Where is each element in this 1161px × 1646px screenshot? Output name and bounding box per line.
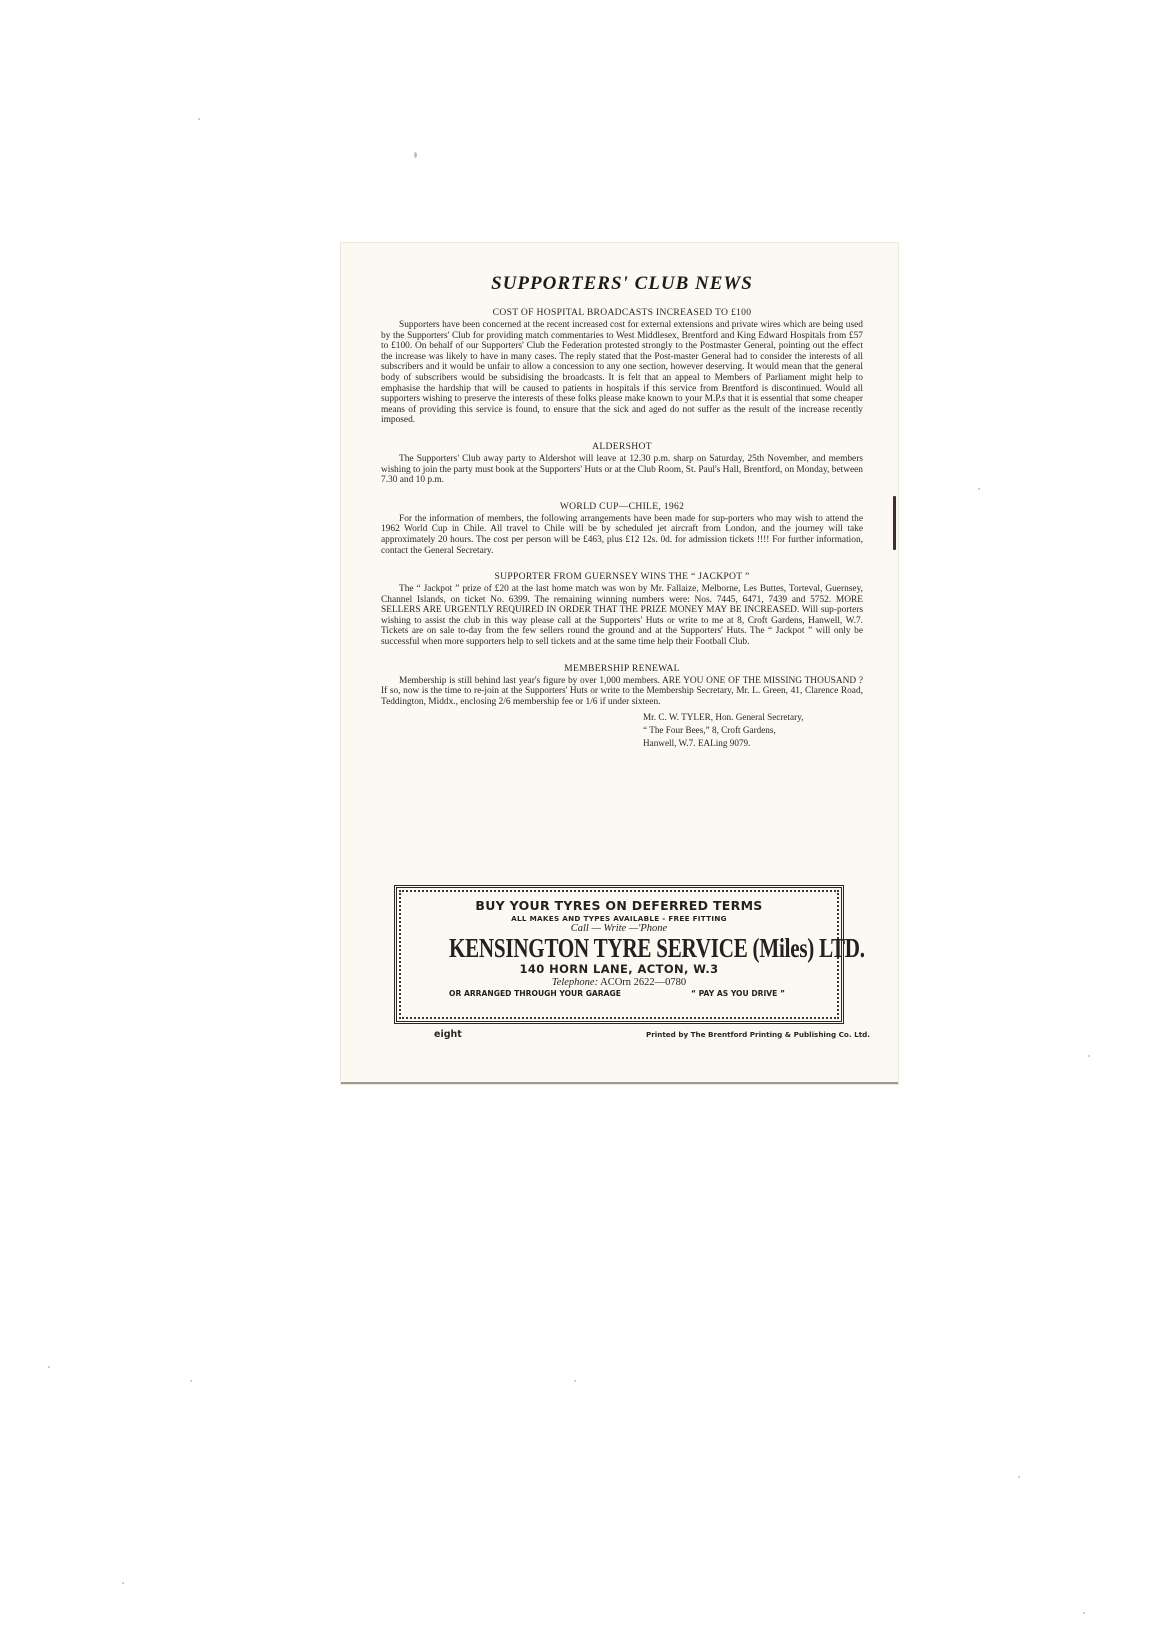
section-jackpot: SUPPORTER FROM GUERNSEY WINS THE “ JACKP… — [381, 571, 863, 648]
section-heading: COST OF HOSPITAL BROADCASTS INCREASED TO… — [381, 307, 863, 318]
scan-speck — [122, 1582, 124, 1584]
scan-speck — [1083, 1612, 1085, 1614]
page-content: SUPPORTERS' CLUB NEWS COST OF HOSPITAL B… — [381, 273, 863, 750]
page-number: eight — [434, 1029, 462, 1040]
advert-phone-label: Telephone: — [552, 977, 598, 988]
page-title: SUPPORTERS' CLUB NEWS — [381, 273, 863, 295]
advert-garage: OR ARRANGED THROUGH YOUR GARAGE — [449, 989, 621, 998]
scan-speck — [198, 118, 200, 120]
scan-speck — [190, 1380, 192, 1382]
signature-town-phone: Hanwell, W.7. EALing 9079. — [643, 737, 863, 750]
scan-speck — [414, 152, 417, 158]
signature-block: Mr. C. W. TYLER, Hon. General Secretary,… — [643, 711, 863, 750]
advert-inner-border: BUY YOUR TYRES ON DEFERRED TERMS ALL MAK… — [399, 890, 839, 1019]
scan-speck — [1088, 1055, 1090, 1057]
section-body: The “ Jackpot ” prize of £20 at the last… — [381, 584, 863, 648]
section-hospital-broadcasts: COST OF HOSPITAL BROADCASTS INCREASED TO… — [381, 307, 863, 426]
advert-bottom-line: OR ARRANGED THROUGH YOUR GARAGE “ PAY AS… — [401, 989, 837, 998]
page-footer: eight Printed by The Brentford Printing … — [434, 1029, 870, 1040]
section-body: Membership is still behind last year's f… — [381, 676, 863, 708]
advert-headline: BUY YOUR TYRES ON DEFERRED TERMS — [401, 892, 837, 913]
binding-edge — [893, 496, 896, 550]
scan-speck — [978, 488, 980, 490]
tyre-advert: BUY YOUR TYRES ON DEFERRED TERMS ALL MAK… — [394, 885, 844, 1024]
advert-phone: Telephone: ACOrn 2622—0780 — [401, 977, 837, 988]
signature-address: “ The Four Bees,” 8, Croft Gardens, — [643, 724, 863, 737]
section-heading: SUPPORTER FROM GUERNSEY WINS THE “ JACKP… — [381, 571, 863, 582]
section-body: For the information of members, the foll… — [381, 514, 863, 556]
section-body: The Supporters' Club away party to Alder… — [381, 454, 863, 486]
section-membership: MEMBERSHIP RENEWAL Membership is still b… — [381, 663, 863, 708]
section-body: Supporters have been concerned at the re… — [381, 320, 863, 426]
printer-credit: Printed by The Brentford Printing & Publ… — [646, 1030, 870, 1039]
scan-speck — [574, 1380, 576, 1382]
advert-phone-number: ACOrn 2622—0780 — [600, 977, 686, 988]
programme-page: SUPPORTERS' CLUB NEWS COST OF HOSPITAL B… — [341, 243, 898, 1084]
advert-address: 140 HORN LANE, ACTON, W.3 — [401, 962, 837, 976]
advert-slogan: “ PAY AS YOU DRIVE ” — [691, 989, 785, 998]
section-heading: MEMBERSHIP RENEWAL — [381, 663, 863, 674]
section-world-cup: WORLD CUP—CHILE, 1962 For the informatio… — [381, 501, 863, 556]
section-heading: WORLD CUP—CHILE, 1962 — [381, 501, 863, 512]
scan-speck — [48, 1366, 50, 1368]
advert-subline: ALL MAKES AND TYPES AVAILABLE - FREE FIT… — [401, 914, 837, 923]
section-heading: ALDERSHOT — [381, 441, 863, 452]
section-aldershot: ALDERSHOT The Supporters' Club away part… — [381, 441, 863, 486]
signature-name: Mr. C. W. TYLER, Hon. General Secretary, — [643, 711, 863, 724]
advert-company: KENSINGTON TYRE SERVICE (Miles) LTD. — [449, 934, 789, 962]
scan-speck — [1018, 1476, 1020, 1478]
